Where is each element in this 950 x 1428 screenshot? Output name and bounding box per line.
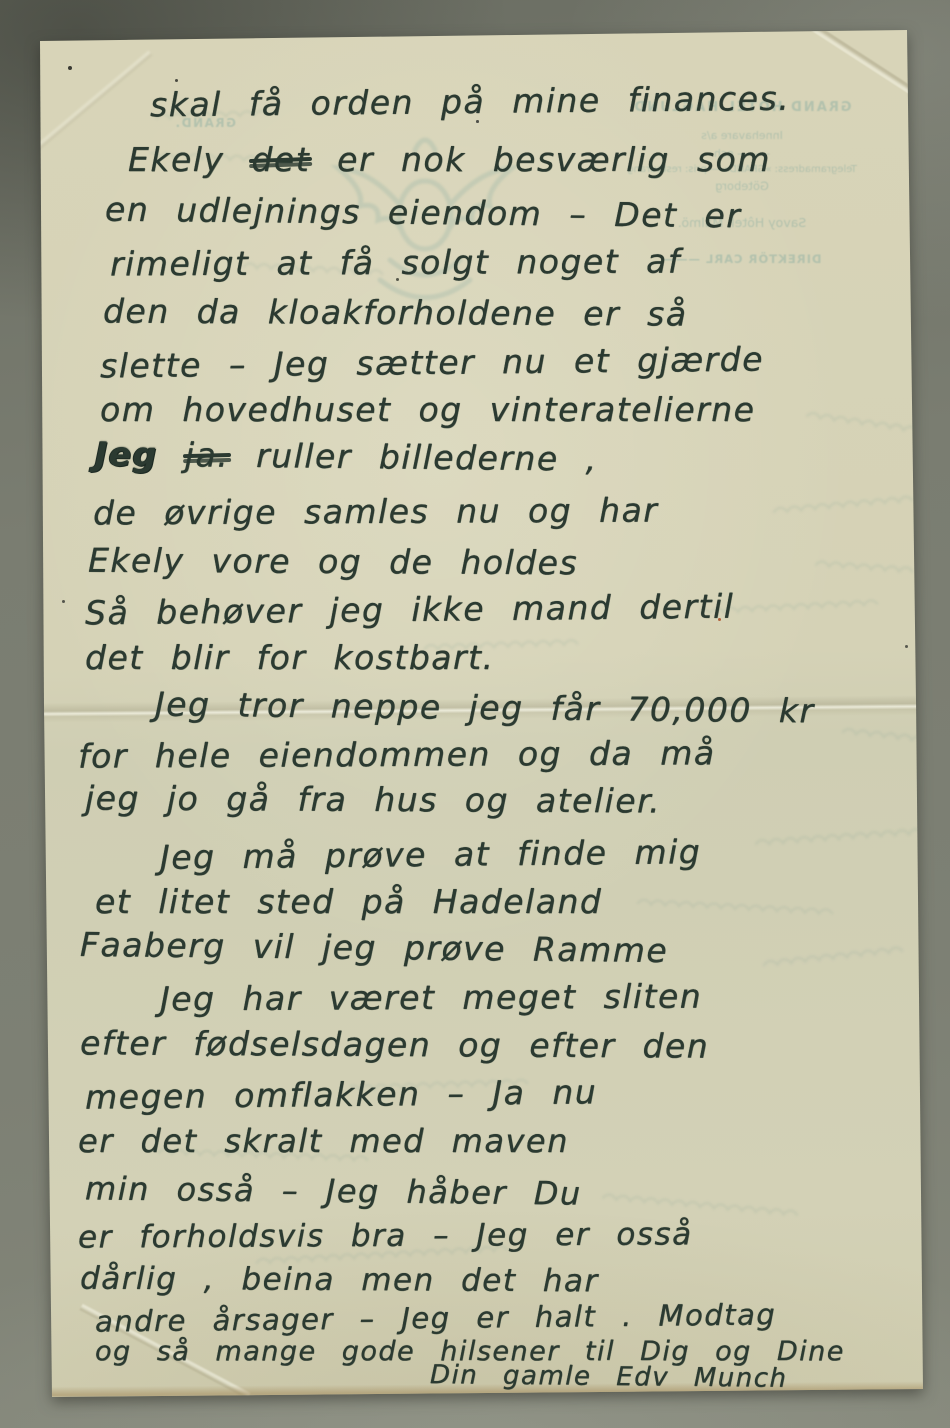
handwritten-line: andre årsager – Jeg er halt . Modtag (95, 1297, 777, 1338)
ink-text: Jeg tror neppe jeg får 70,000 kr (155, 685, 815, 731)
paper-speck (905, 645, 908, 648)
ink-text: for hele eiendommen og da må (78, 733, 716, 775)
ink-text: Faaberg vil jeg prøve Ramme (80, 925, 669, 970)
ink-text: Jeg må prøve at finde mig (160, 832, 702, 877)
letter-page-wrap: GRAND HÔTEL HAGLUND Innehavare a/s ——— o… (0, 0, 950, 1428)
ink-text: det blir for kostbart. (85, 638, 494, 677)
handwritten-line: megen omflakken – Ja nu (85, 1072, 598, 1116)
handwritten-line: efter fødselsdagen og efter den (80, 1023, 709, 1065)
ink-text: om hovedhuset og vinteratelierne (100, 390, 755, 429)
handwritten-line: er forholdsvis bra – Jeg er osså (78, 1216, 693, 1255)
handwritten-line: Faaberg vil jeg prøve Ramme (80, 925, 669, 970)
ink-text: dårlig , beina men det har (80, 1261, 599, 1300)
ink-text: en udlejnings eiendom – Det er (105, 190, 742, 236)
ink-text: jeg jo gå fra hus og atelier. (85, 778, 661, 820)
handwritten-line: Ekely det er nok besværlig som (128, 140, 771, 179)
ink-text: er det skralt med maven (78, 1122, 569, 1160)
fold-crease-top-right (794, 12, 941, 111)
handwritten-line: den da kloakforholdene er så (103, 291, 688, 333)
ink-text: Så behøver jeg ikke mand dertil (85, 587, 735, 633)
handwritten-line: slette – Jeg sætter nu et gjærde (100, 340, 764, 386)
handwritten-line: om hovedhuset og vinteratelierne (100, 390, 755, 429)
ghost-script (765, 491, 916, 520)
ink-text: megen omflakken – Ja nu (85, 1072, 598, 1116)
ink-text: er forholdsvis bra – Jeg er osså (78, 1216, 693, 1255)
ghost-script (837, 723, 928, 748)
ink-text: skal få orden på mine finances. (150, 79, 790, 125)
paper-speck (175, 79, 178, 82)
signature: Din gamle Edv Munch (430, 1360, 788, 1394)
fold-crease-top-left (34, 50, 153, 151)
handwritten-line: en udlejnings eiendom – Det er (105, 190, 742, 236)
ink-text: ruller billederne , (229, 436, 598, 479)
handwritten-line: jeg jo gå fra hus og atelier. (85, 778, 661, 820)
handwritten-line: Jeg ja. ruller billederne , (95, 434, 598, 478)
ink-text: Din gamle Edv Munch (430, 1360, 788, 1394)
ink-text: Jeg har været meget sliten (160, 977, 702, 1019)
struck-word: ja. (185, 435, 230, 474)
handwritten-line: for hele eiendommen og da må (78, 733, 716, 775)
ink-text: de øvrige samles nu og har (93, 491, 659, 533)
photo-backdrop: GRAND HÔTEL HAGLUND Innehavare a/s ——— o… (0, 0, 950, 1428)
handwritten-line: det blir for kostbart. (85, 638, 494, 677)
handwritten-line: rimeligt at få solgt noget af (110, 242, 681, 284)
handwritten-line: min osså – Jeg håber Du (85, 1169, 582, 1212)
ink-text: Ekely (128, 140, 251, 179)
ghost-script (635, 895, 836, 921)
ghost-script (755, 824, 926, 852)
ink-text: et litet sted på Hadeland (95, 882, 602, 921)
handwritten-line: dårlig , beina men det har (80, 1261, 599, 1300)
letter-page: GRAND HÔTEL HAGLUND Innehavare a/s ——— o… (0, 0, 950, 1428)
handwritten-line: Så behøver jeg ikke mand dertil (85, 587, 735, 633)
handwritten-line: er det skralt med maven (78, 1122, 569, 1160)
ink-text: efter fødselsdagen og efter den (80, 1023, 709, 1065)
handwritten-line: et litet sted på Hadeland (95, 882, 602, 921)
ink-text: slette – Jeg sætter nu et gjærde (100, 340, 764, 386)
ghost-script (815, 557, 916, 580)
ghost-script (799, 407, 920, 440)
ink-text: Jeg (95, 434, 158, 474)
ink-text (158, 435, 185, 474)
handwritten-line: Jeg må prøve at finde mig (160, 832, 702, 877)
handwritten-line: de øvrige samles nu og har (93, 491, 659, 533)
ink-text: min osså – Jeg håber Du (85, 1169, 582, 1212)
handwritten-line: Jeg har været meget sliten (160, 977, 702, 1019)
handwritten-line: skal få orden på mine finances. (150, 79, 790, 125)
ghost-script (755, 942, 906, 974)
ink-text: rimeligt at få solgt noget af (110, 242, 681, 284)
paper-speck (68, 66, 72, 70)
paper-speck (62, 600, 65, 603)
bleed-city: Göteborg (592, 179, 892, 193)
ink-text: den da kloakforholdene er så (103, 291, 688, 333)
struck-word: det (251, 140, 310, 179)
ink-text: andre årsager – Jeg er halt . Modtag (95, 1297, 777, 1338)
handwritten-line: Jeg tror neppe jeg får 70,000 kr (155, 685, 815, 731)
handwritten-line: Ekely vore og de holdes (88, 541, 578, 583)
ink-text: Ekely vore og de holdes (88, 541, 578, 583)
ink-text: er nok besværlig som (310, 140, 771, 179)
